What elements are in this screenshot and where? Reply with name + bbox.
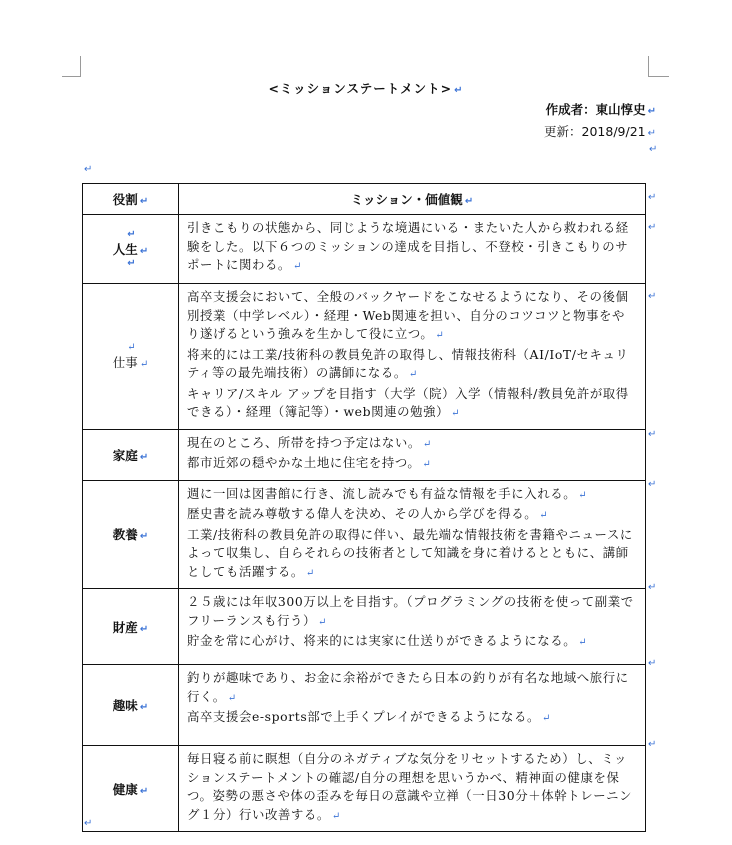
paragraph-mark-icon: ↵	[140, 624, 148, 635]
mission-text: 将来的には工業/技術科の教員免許の取得し、情報技術科（AI/IoT/セキュリティ…	[187, 346, 637, 385]
table-header-row: 役割↵ ミッション・価値観↵	[83, 184, 646, 215]
mission-text: ２５歳には年収300万以上を目指す。（プログラミングの技術を使って副業でフリーラ…	[187, 593, 637, 632]
table-row: 趣味↵ 釣りが趣味であり、お金に余裕ができたら日本の釣りが有名な地域へ旅行に行く…	[83, 665, 646, 746]
paragraph-mark-icon: ↵	[140, 702, 148, 713]
mission-text: 現在のところ、所帯を持つ予定はない。↵	[187, 434, 637, 455]
role-label: 健康	[113, 782, 138, 797]
header-cell-role[interactable]: 役割↵	[83, 184, 179, 215]
paragraph-mark-icon: ↵	[140, 786, 148, 797]
mission-table: 役割↵ ミッション・価値観↵ ↵ 人生↵ ↵ 引きこもりの状態から、同じような境…	[82, 183, 646, 832]
paragraph-mark-icon: ↵	[648, 106, 656, 117]
row-end-mark-icon: ↵	[648, 658, 656, 669]
paragraph-mark-icon: ↵	[140, 246, 148, 257]
mission-text: 週に一回は図書館に行き、流し読みでも有益な情報を手に入れる。↵	[187, 485, 637, 506]
row-end-mark-icon: ↵	[648, 582, 656, 593]
mission-text: 歴史書を読み尊敬する偉人を決め、その人から学びを得る。↵	[187, 505, 637, 526]
paragraph-mark-icon: ↵	[140, 359, 148, 370]
author-text: 作成者：東山惇史	[546, 102, 646, 117]
table-row: 教養↵ 週に一回は図書館に行き、流し読みでも有益な情報を手に入れる。↵ 歴史書を…	[83, 480, 646, 589]
role-label: 趣味	[113, 698, 138, 713]
mission-text: 高卒支援会において、全般のバックヤードをこなせるようになり、その後個別授業（中学…	[187, 288, 637, 346]
paragraph-mark-icon: ↵	[84, 818, 92, 829]
mission-cell[interactable]: 引きこもりの状態から、同じような境遇にいる・またいた人から救われる経験をした。以…	[179, 215, 646, 284]
mission-text: 引きこもりの状態から、同じような境遇にいる・またいた人から救われる経験をした。以…	[187, 219, 637, 277]
mission-cell[interactable]: 釣りが趣味であり、お金に余裕ができたら日本の釣りが有名な地域へ旅行に行く。↵ 高…	[179, 665, 646, 746]
role-cell[interactable]: ↵ 仕事↵	[83, 284, 179, 430]
paragraph-mark-icon: ↵	[85, 342, 178, 353]
author-line[interactable]: 作成者：東山惇史↵	[546, 100, 656, 118]
mission-text: 貯金を常に心がけ、将来的には実家に仕送りができるようになる。↵	[187, 632, 637, 653]
mission-text: 毎日寝る前に瞑想（自分のネガティブな気分をリセットするため）し、ミッションステー…	[187, 750, 637, 826]
table-row: 健康↵ 毎日寝る前に瞑想（自分のネガティブな気分をリセットするため）し、ミッショ…	[83, 746, 646, 832]
paragraph-mark-icon: ↵	[648, 128, 656, 139]
mission-cell[interactable]: 高卒支援会において、全般のバックヤードをこなせるようになり、その後個別授業（中学…	[179, 284, 646, 430]
paragraph-mark-icon: ↵	[140, 196, 148, 207]
role-label: 家庭	[113, 448, 138, 463]
mission-cell[interactable]: 週に一回は図書館に行き、流し読みでも有益な情報を手に入れる。↵ 歴史書を読み尊敬…	[179, 480, 646, 589]
mission-cell[interactable]: 現在のところ、所帯を持つ予定はない。↵ 都市近郊の穏やかな土地に住宅を持つ。↵	[179, 429, 646, 480]
table-row: ↵ 仕事↵ 高卒支援会において、全般のバックヤードをこなせるようになり、その後個…	[83, 284, 646, 430]
paragraph-mark-icon: ↵	[649, 144, 657, 155]
document-title-text: <ミッションステートメント>	[268, 81, 452, 96]
role-label: 財産	[113, 620, 138, 635]
row-end-mark-icon: ↵	[648, 739, 656, 750]
role-cell[interactable]: 財産↵	[83, 589, 179, 665]
row-end-mark-icon: ↵	[648, 429, 656, 440]
page-corner-mark-top-left	[62, 56, 81, 77]
updated-date-line[interactable]: 更新：2018/9/21↵	[544, 122, 656, 140]
page-corner-mark-top-right	[648, 56, 669, 77]
paragraph-mark-icon: ↵	[85, 258, 178, 269]
table-row: ↵ 人生↵ ↵ 引きこもりの状態から、同じような境遇にいる・またいた人から救われ…	[83, 215, 646, 284]
role-cell[interactable]: 健康↵	[83, 746, 179, 832]
mission-text: 高卒支援会e-sports部で上手くプレイができるようになる。↵	[187, 708, 637, 729]
paragraph-mark-icon: ↵	[454, 85, 463, 96]
role-label: 教養	[113, 527, 138, 542]
mission-text: 釣りが趣味であり、お金に余裕ができたら日本の釣りが有名な地域へ旅行に行く。↵	[187, 669, 637, 708]
paragraph-mark-icon: ↵	[85, 229, 178, 240]
role-cell[interactable]: 教養↵	[83, 480, 179, 589]
role-cell[interactable]: 家庭↵	[83, 429, 179, 480]
updated-date-text: 更新：2018/9/21	[544, 124, 646, 139]
role-cell[interactable]: 趣味↵	[83, 665, 179, 746]
mission-cell[interactable]: 毎日寝る前に瞑想（自分のネガティブな気分をリセットするため）し、ミッションステー…	[179, 746, 646, 832]
paragraph-mark-icon: ↵	[140, 452, 148, 463]
role-cell[interactable]: ↵ 人生↵ ↵	[83, 215, 179, 284]
mission-cell[interactable]: ２５歳には年収300万以上を目指す。（プログラミングの技術を使って副業でフリーラ…	[179, 589, 646, 665]
table-row: 財産↵ ２５歳には年収300万以上を目指す。（プログラミングの技術を使って副業で…	[83, 589, 646, 665]
mission-text: 工業/技術科の教員免許の取得に伴い、最先端な情報技術を書籍やニュースによって収集…	[187, 526, 637, 584]
row-end-mark-icon: ↵	[648, 222, 656, 233]
mission-text: 都市近郊の穏やかな土地に住宅を持つ。↵	[187, 454, 637, 475]
row-end-mark-icon: ↵	[648, 479, 656, 490]
paragraph-mark-icon: ↵	[140, 531, 148, 542]
row-end-mark-icon: ↵	[648, 192, 656, 203]
role-label: 仕事	[113, 355, 138, 370]
mission-text: キャリア/スキル アップを目指す（大学（院）入学（情報科/教員免許が取得できる）…	[187, 385, 637, 424]
table-row: 家庭↵ 現在のところ、所帯を持つ予定はない。↵ 都市近郊の穏やかな土地に住宅を持…	[83, 429, 646, 480]
header-cell-mission[interactable]: ミッション・価値観↵	[179, 184, 646, 215]
row-end-mark-icon: ↵	[648, 291, 656, 302]
paragraph-mark-icon: ↵	[84, 164, 92, 175]
document-title[interactable]: <ミッションステートメント>↵	[0, 79, 732, 97]
role-label: 人生	[113, 242, 138, 257]
paragraph-mark-icon: ↵	[465, 196, 473, 207]
